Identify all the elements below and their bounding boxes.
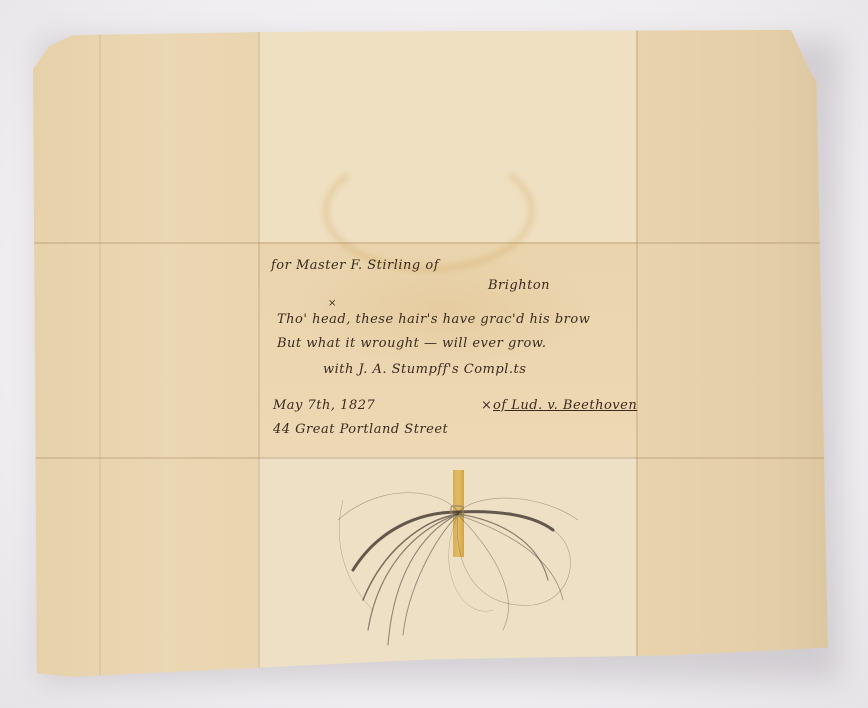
street-address: 44 Great Portland Street — [273, 422, 448, 437]
signature-line: with J. A. Stumpff's Compl.ts — [323, 362, 526, 377]
panel-left — [33, 30, 258, 680]
fold-line — [636, 30, 638, 680]
attribution-mark: × — [481, 398, 492, 413]
address-line-1: for Master F. Stirling of — [271, 258, 439, 273]
letter-sheet: for Master F. Stirling of Brighton × Tho… — [33, 30, 831, 680]
star-mark: × — [328, 298, 337, 309]
address-line-2: Brighton — [488, 278, 550, 293]
panel-right — [636, 30, 831, 680]
verse-line-2: But what it wrought — will ever grow. — [277, 336, 547, 351]
hair-lock — [323, 460, 613, 660]
verse-line-1: Tho' head, these hair's have grac'd his … — [277, 312, 590, 327]
fold-line — [99, 30, 101, 680]
fold-line — [258, 30, 260, 680]
fold-line — [33, 457, 831, 459]
date-line: May 7th, 1827 — [273, 398, 375, 413]
attribution: of Lud. v. Beethoven — [493, 398, 637, 413]
